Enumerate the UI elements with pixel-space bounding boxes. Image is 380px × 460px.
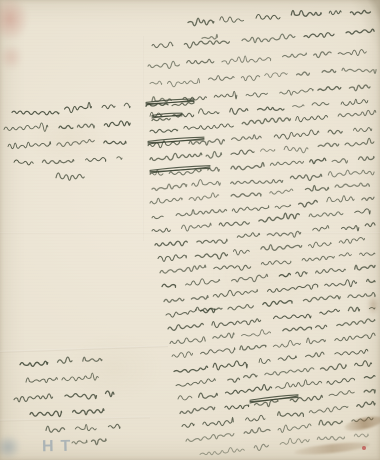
collection-stamp-text: НТ (42, 438, 78, 457)
pink-stain-left-edge (0, 38, 28, 76)
brown-ink-smear-bottom-right (343, 414, 380, 434)
brown-ink-smear-bottom (294, 440, 371, 457)
pink-stain-top-left (0, 0, 36, 50)
margin-note-lower (14, 357, 120, 444)
fold-crease-bottom-left (0, 416, 150, 421)
fold-crease-lower-left (0, 345, 168, 353)
fold-crease-middle (0, 232, 380, 234)
paper-texture (0, 0, 380, 460)
margin-note-upper (4, 102, 130, 180)
fold-crease-vertical (142, 36, 144, 241)
blue-ink-smudge (0, 430, 26, 460)
red-ink-dot (362, 446, 366, 450)
top-right-corner-shadow (332, 0, 380, 54)
letter-sheet: НТ (0, 0, 380, 460)
interline-inserts (146, 34, 222, 310)
body-text-block (148, 10, 376, 454)
brown-smudge-right-edge (366, 292, 380, 318)
handwriting-layer (0, 0, 380, 460)
